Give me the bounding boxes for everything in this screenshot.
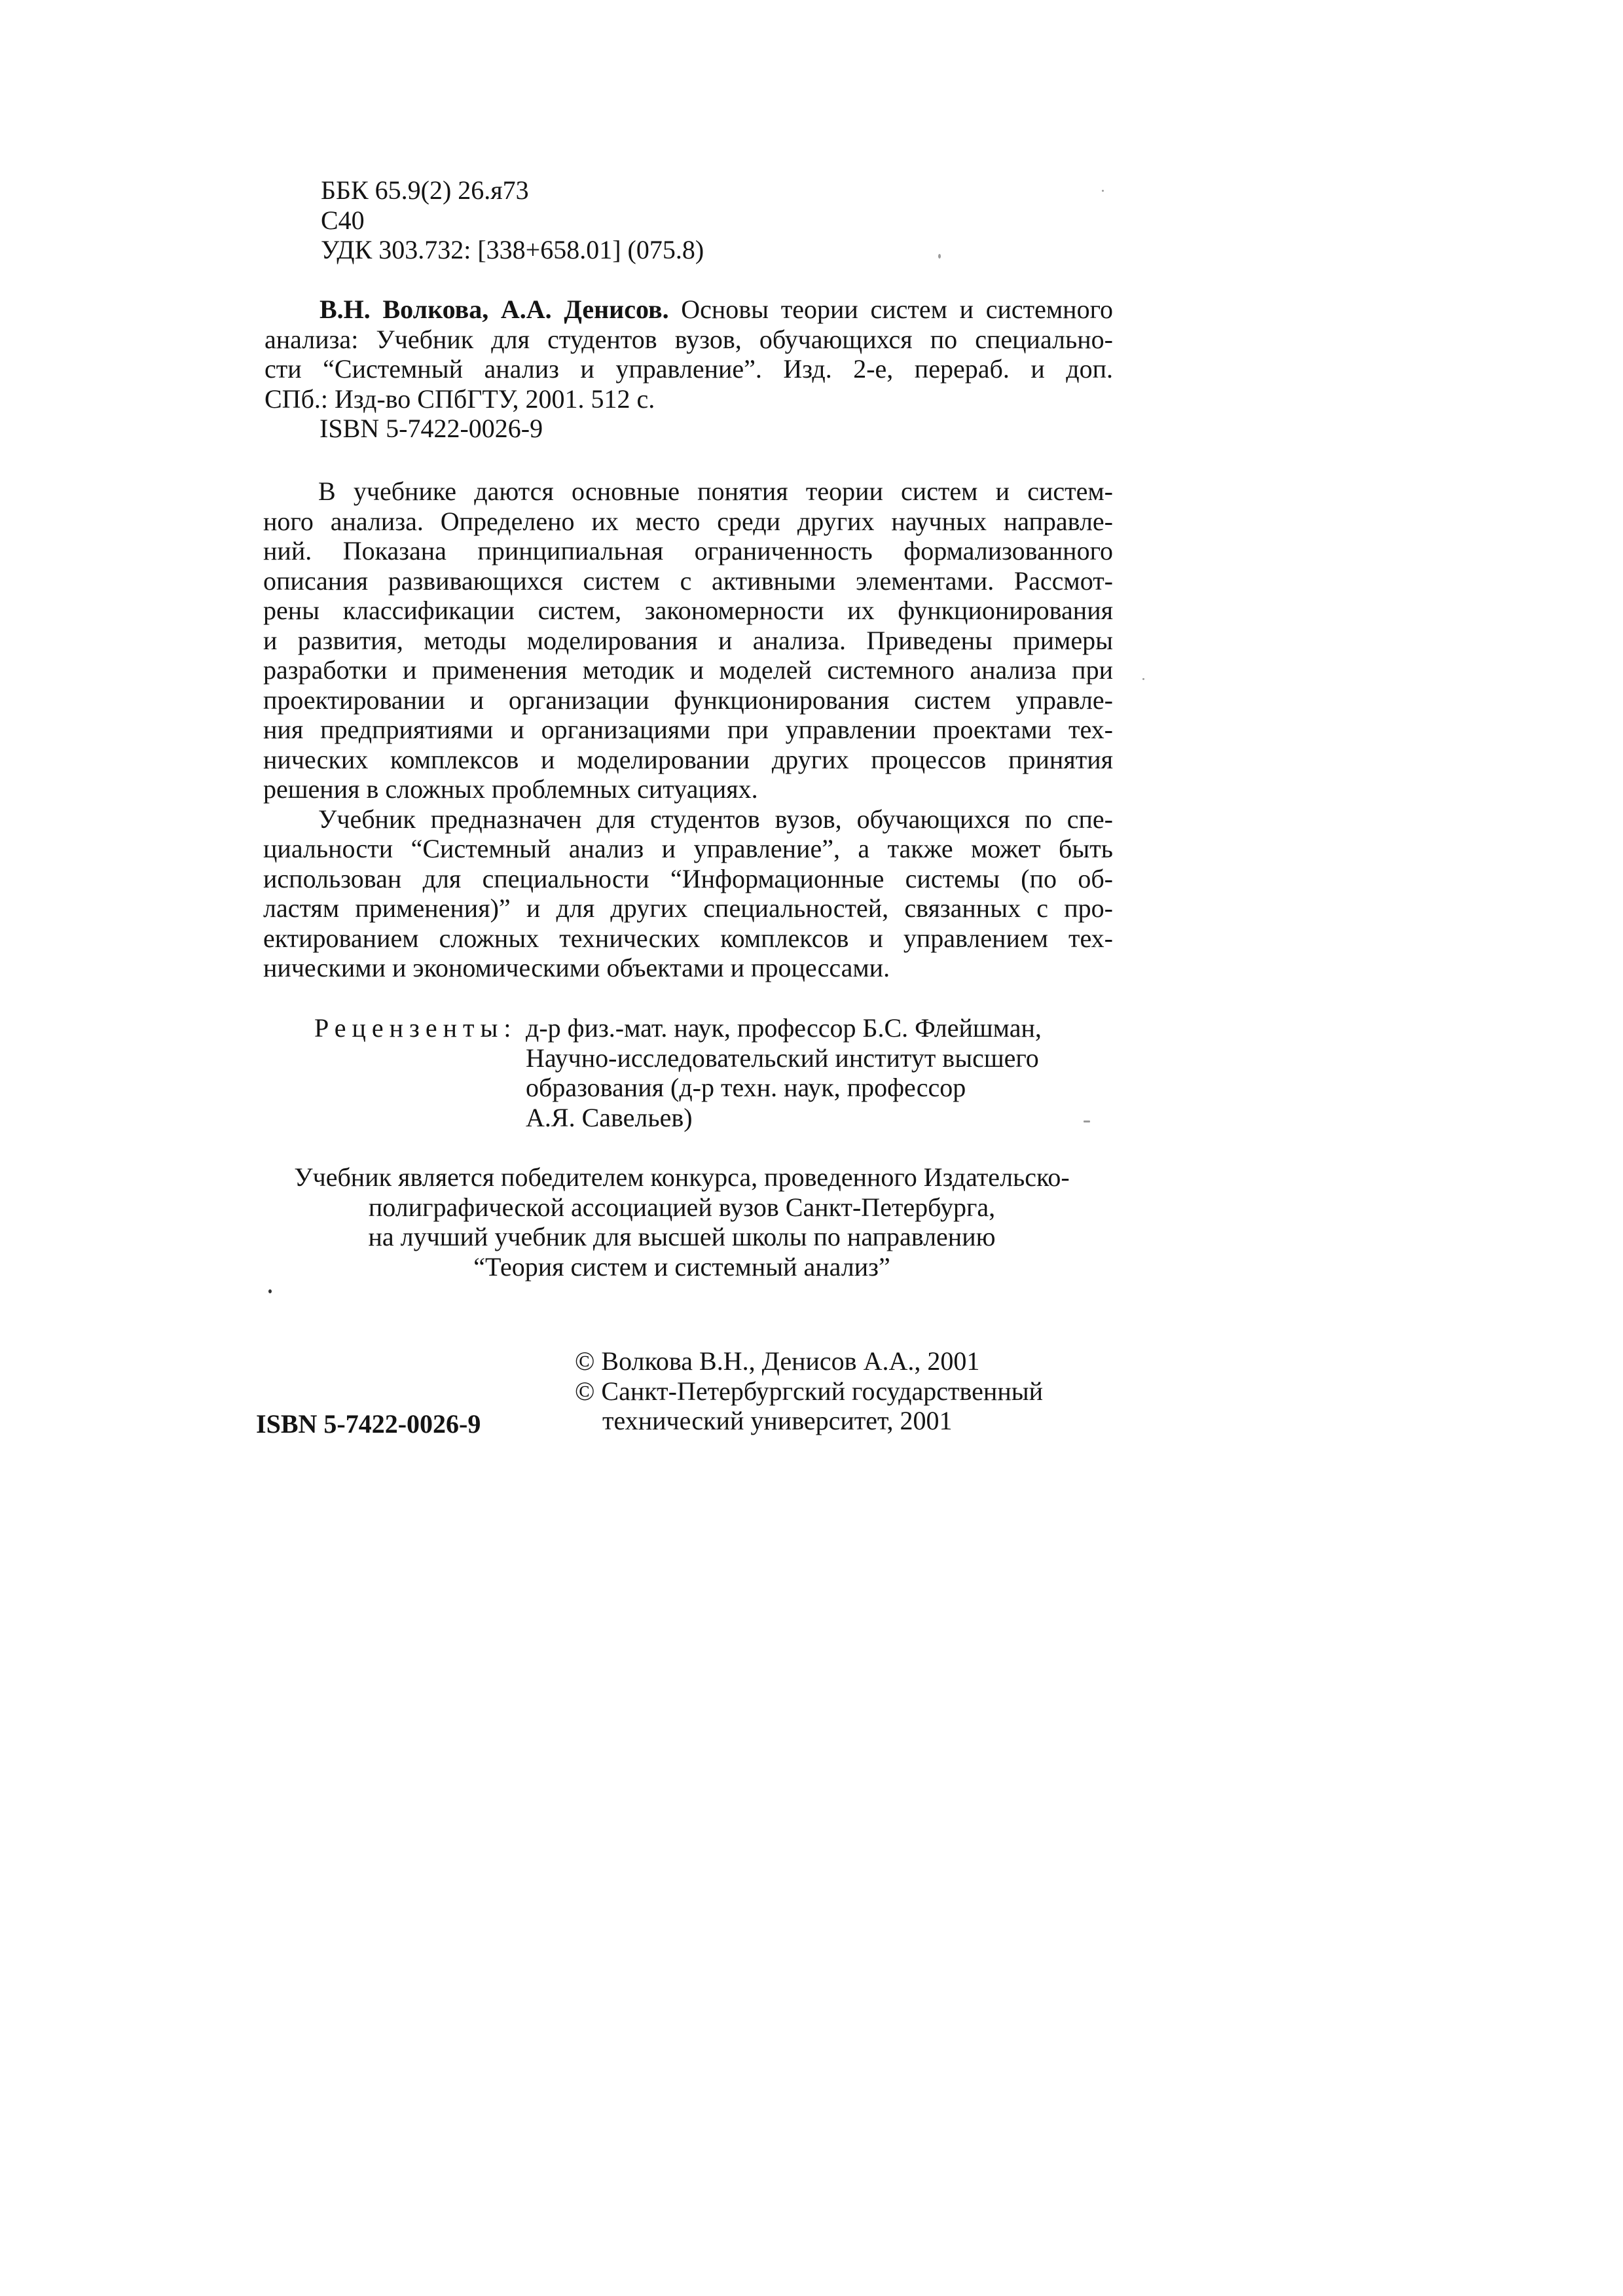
reviewers-label: Рецензенты: [314,1013,517,1043]
abstract-line: описания развивающихся систем с активным… [263,566,1113,596]
scan-speck [1142,678,1144,680]
abstract-line: ектированием сложных технических комплек… [263,924,1113,954]
abstract-line: проектировании и организации функциониро… [263,685,1113,715]
abstract-line: ний. Показана принципиальная ограниченно… [263,536,1113,566]
abstract: В учебнике даются основные понятия теори… [263,476,1113,983]
udk-code: УДК 303.732: [338+658.01] (075.8) [321,235,704,265]
abstract-line: и развития, методы моделирования и анали… [263,626,1113,656]
footer-isbn: ISBN 5-7422-0026-9 [256,1409,481,1439]
author-mark: С40 [321,206,704,236]
scan-speck [1084,1121,1090,1122]
abstract-line: ническими и экономическими объектами и п… [263,953,1113,983]
abstract-line: нических комплексов и моделировании друг… [263,745,1113,775]
reviewer-line: А.Я. Савельев) [526,1103,1122,1133]
biblio-line-2: анализа: Учебник для студентов вузов, об… [264,325,1113,355]
scan-speck [1102,190,1104,192]
scan-speck [268,1289,272,1293]
bbk-code: ББК 65.9(2) 26.я73 [321,175,704,206]
reviewers-list: д-р физ.-мат. наук, профессор Б.С. Флейш… [526,1013,1122,1132]
abstract-line: В учебнике даются основные понятия теори… [263,476,1113,507]
reviewer-line: образования (д-р техн. наук, профессор [526,1073,1122,1103]
abstract-line: разработки и применения методик и моделе… [263,655,1113,685]
bibliographic-entry: В.Н. Волкова, А.А. Денисов. Основы теори… [264,295,1113,444]
award-line: Учебник является победителем конкурса, п… [268,1162,1095,1193]
scan-speck [938,254,941,259]
copyright-line: © Санкт-Петербургский государственный [575,1376,1164,1407]
abstract-line: использован для специальности “Информаци… [263,864,1113,894]
award-line: “Теория систем и системный анализ” [268,1252,1095,1282]
copyright-notice: © Волкова В.Н., Денисов А.А., 2001 © Сан… [575,1346,1164,1436]
copyright-line: технический университет, 2001 [575,1406,1164,1436]
abstract-line: Учебник предназначен для студентов вузов… [263,804,1113,834]
abstract-line: ния предприятиями и организациями при уп… [263,715,1113,745]
biblio-line-1: В.Н. Волкова, А.А. Денисов. Основы теори… [264,295,1113,325]
abstract-paragraph-1: В учебнике даются основные понятия теори… [263,476,1113,804]
title-start: Основы теории систем и системного [681,295,1113,324]
abstract-line: решения в сложных проблемных ситуациях. [263,774,1113,804]
biblio-line-3: сти “Системный анализ и управление”. Изд… [264,354,1113,384]
reviewer-line: Научно-исследовательский институт высшег… [526,1043,1122,1073]
classification-codes: ББК 65.9(2) 26.я73 С40 УДК 303.732: [338… [321,175,704,265]
abstract-line: ластям применения)” и для других специал… [263,893,1113,924]
award-line: на лучший учебник для высшей школы по на… [268,1222,1095,1252]
reviewer-line: д-р физ.-мат. наук, профессор Б.С. Флейш… [526,1013,1122,1043]
biblio-line-4: СПб.: Изд-во СПбГТУ, 2001. 512 с. [264,384,1113,414]
abstract-line: ного анализа. Определено их место среди … [263,507,1113,537]
abstract-paragraph-2: Учебник предназначен для студентов вузов… [263,804,1113,983]
abstract-line: циальности “Системный анализ и управлени… [263,834,1113,864]
authors: В.Н. Волкова, А.А. Денисов. [319,295,669,324]
copyright-line: © Волкова В.Н., Денисов А.А., 2001 [575,1346,1164,1376]
abstract-line: рены классификации систем, закономерност… [263,596,1113,626]
award-line: полиграфической ассоциацией вузов Санкт-… [268,1193,1095,1223]
biblio-isbn: ISBN 5-7422-0026-9 [264,414,1113,444]
award-notice: Учебник является победителем конкурса, п… [268,1162,1095,1282]
